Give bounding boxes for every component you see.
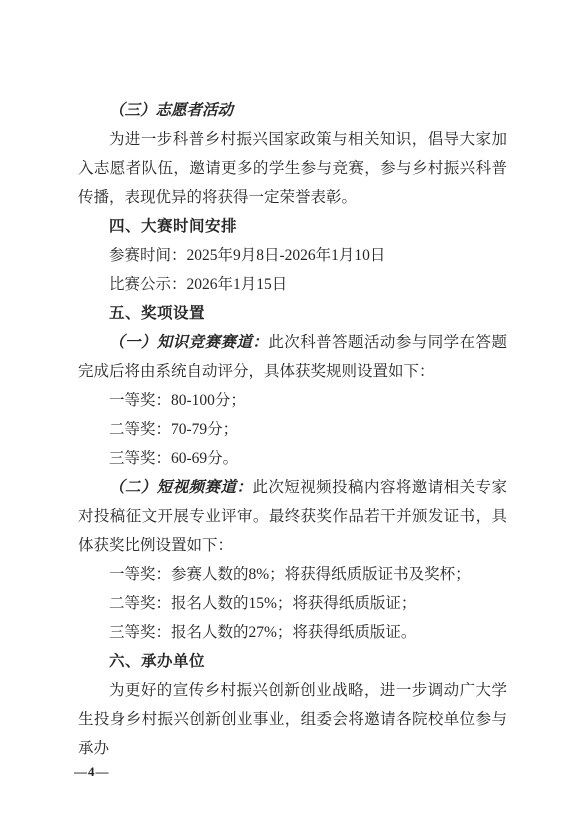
paragraph-volunteer: 为进一步科普乡村振兴国家政策与相关知识，倡导大家加入志愿者队伍，邀请更多的学生参… [78, 125, 507, 212]
page-number: —4— [74, 764, 110, 780]
line-quiz-first-prize: 一等奖：80-100分； [78, 386, 507, 415]
video-track-label: （二）短视频赛道： [109, 479, 252, 496]
document-body: （三）志愿者活动 为进一步科普乡村振兴国家政策与相关知识，倡导大家加入志愿者队伍… [78, 96, 507, 763]
section-heading-awards: 五、奖项设置 [78, 299, 507, 328]
line-quiz-second-prize: 二等奖：70-79分； [78, 415, 507, 444]
section-heading-schedule: 四、大赛时间安排 [78, 212, 507, 241]
paragraph-organizer: 为更好的宣传乡村振兴创新创业战略，进一步调动广大学生投身乡村振兴创新创业事业，组… [78, 676, 507, 763]
section-heading-organizer: 六、承办单位 [78, 647, 507, 676]
line-video-third-prize: 三等奖：报名人数的27%；将获得纸质版证。 [78, 618, 507, 647]
paragraph-video-track: （二）短视频赛道：此次短视频投稿内容将邀请相关专家对投稿征文开展专业评审。最终获… [78, 473, 507, 560]
line-video-second-prize: 二等奖：报名人数的15%；将获得纸质版证； [78, 589, 507, 618]
line-video-first-prize: 一等奖：参赛人数的8%；将获得纸质版证书及奖杯； [78, 560, 507, 589]
line-result-announcement: 比赛公示：2026年1月15日 [78, 270, 507, 299]
line-quiz-third-prize: 三等奖：60-69分。 [78, 444, 507, 473]
paragraph-quiz-track: （一）知识竞赛赛道：此次科普答题活动参与同学在答题完成后将由系统自动评分，具体获… [78, 328, 507, 386]
quiz-track-label: （一）知识竞赛赛道： [109, 334, 268, 351]
document-page: （三）志愿者活动 为进一步科普乡村振兴国家政策与相关知识，倡导大家加入志愿者队伍… [0, 0, 583, 829]
subsection-heading-volunteer: （三）志愿者活动 [78, 96, 507, 125]
line-entry-time: 参赛时间：2025年9月8日-2026年1月10日 [78, 241, 507, 270]
